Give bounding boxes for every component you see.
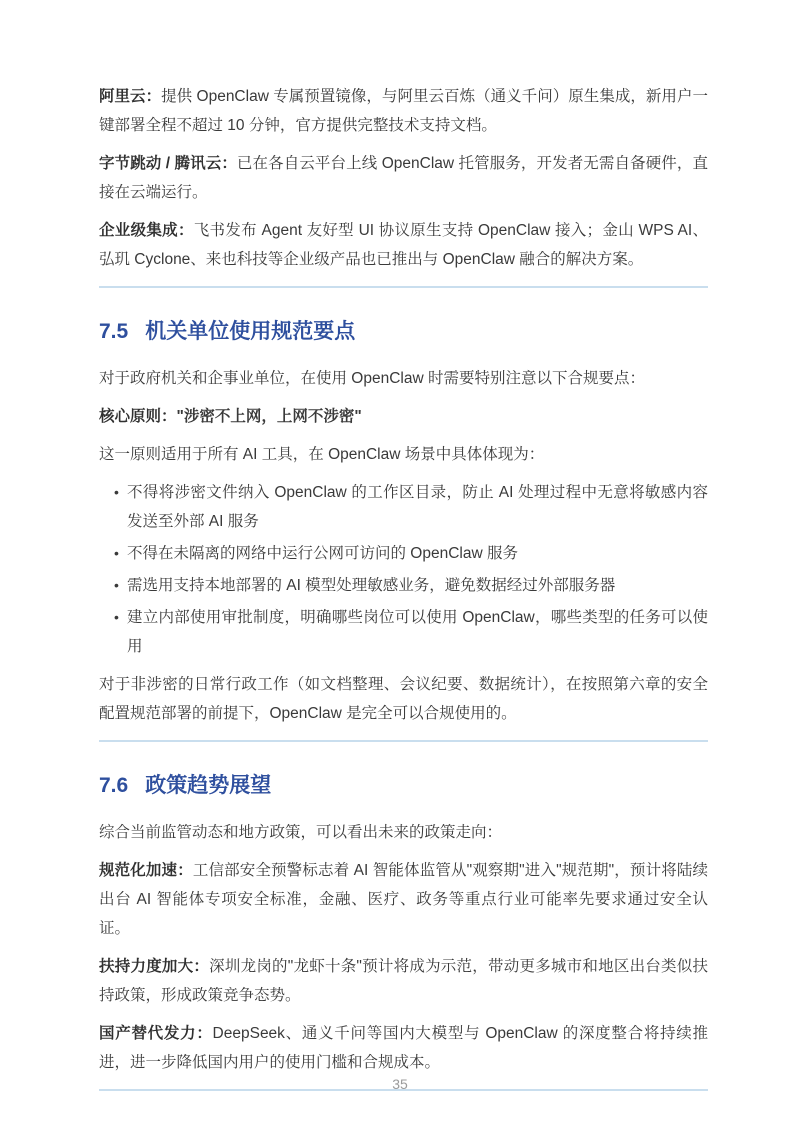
paragraph-trend-domestic: 国产替代发力：DeepSeek、通义千问等国内大模型与 OpenClaw 的深度… xyxy=(99,1019,708,1077)
section-divider xyxy=(99,286,708,288)
bullet-text: 需选用支持本地部署的 AI 模型处理敏感业务，避免数据经过外部服务器 xyxy=(127,577,615,594)
bullet-text: 不得将涉密文件纳入 OpenClaw 的工作区目录，防止 AI 处理过程中无意将… xyxy=(127,484,708,530)
list-item: 不得在未隔离的网络中运行公网可访问的 OpenClaw 服务 xyxy=(114,539,708,568)
compliance-bullet-list: 不得将涉密文件纳入 OpenClaw 的工作区目录，防止 AI 处理过程中无意将… xyxy=(99,478,708,661)
bullet-text: 建立内部使用审批制度，明确哪些岗位可以使用 OpenClaw，哪些类型的任务可以… xyxy=(127,609,708,655)
paragraph-76-intro: 综合当前监管动态和地方政策，可以看出未来的政策走向： xyxy=(99,818,708,847)
bullet-text: 不得在未隔离的网络中运行公网可访问的 OpenClaw 服务 xyxy=(127,545,518,562)
paragraph-core-principle: 核心原则："涉密不上网，上网不涉密" xyxy=(99,402,708,431)
paragraph-bytedance-tencent: 字节跳动 / 腾讯云：已在各自云平台上线 OpenClaw 托管服务，开发者无需… xyxy=(99,149,708,207)
paragraph-enterprise-integration-label: 企业级集成： xyxy=(99,222,194,239)
core-principle-label: 核心原则： xyxy=(99,408,177,425)
section-heading-7-5: 7.5机关单位使用规范要点 xyxy=(99,319,708,345)
section-title-7-5: 机关单位使用规范要点 xyxy=(145,320,355,343)
section-title-7-6: 政策趋势展望 xyxy=(145,774,271,797)
trend-support-label: 扶持力度加大： xyxy=(99,958,209,975)
section-heading-7-6: 7.6政策趋势展望 xyxy=(99,773,708,799)
list-item: 需选用支持本地部署的 AI 模型处理敏感业务，避免数据经过外部服务器 xyxy=(114,571,708,600)
paragraph-trend-support: 扶持力度加大：深圳龙岗的"龙虾十条"预计将成为示范，带动更多城市和地区出台类似扶… xyxy=(99,952,708,1010)
core-principle-quote: "涉密不上网，上网不涉密" xyxy=(177,408,362,425)
trend-standardization-label: 规范化加速： xyxy=(99,862,193,879)
paragraph-principle-applies: 这一原则适用于所有 AI 工具，在 OpenClaw 场景中具体体现为： xyxy=(99,440,708,469)
section-divider xyxy=(99,740,708,742)
paragraph-aliyun-text: 提供 OpenClaw 专属预置镜像，与阿里云百炼（通义千问）原生集成，新用户一… xyxy=(99,88,708,134)
paragraph-bytedance-tencent-label: 字节跳动 / 腾讯云： xyxy=(99,155,237,172)
trend-domestic-label: 国产替代发力： xyxy=(99,1025,213,1042)
paragraph-trend-standardization: 规范化加速：工信部安全预警标志着 AI 智能体监管从"观察期"进入"规范期"，预… xyxy=(99,856,708,943)
paragraph-aliyun: 阿里云：提供 OpenClaw 专属预置镜像，与阿里云百炼（通义千问）原生集成，… xyxy=(99,82,708,140)
paragraph-75-intro: 对于政府机关和企事业单位，在使用 OpenClaw 时需要特别注意以下合规要点： xyxy=(99,364,708,393)
paragraph-enterprise-integration: 企业级集成：飞书发布 Agent 友好型 UI 协议原生支持 OpenClaw … xyxy=(99,216,708,274)
list-item: 不得将涉密文件纳入 OpenClaw 的工作区目录，防止 AI 处理过程中无意将… xyxy=(114,478,708,536)
section-number-7-5: 7.5 xyxy=(99,319,128,345)
section-number-7-6: 7.6 xyxy=(99,773,128,799)
paragraph-aliyun-label: 阿里云： xyxy=(99,88,161,105)
list-item: 建立内部使用审批制度，明确哪些岗位可以使用 OpenClaw，哪些类型的任务可以… xyxy=(114,603,708,661)
document-page: 阿里云：提供 OpenClaw 专属预置镜像，与阿里云百炼（通义千问）原生集成，… xyxy=(0,0,800,1131)
paragraph-75-closing: 对于非涉密的日常行政工作（如文档整理、会议纪要、数据统计），在按照第六章的安全配… xyxy=(99,670,708,728)
page-number: 35 xyxy=(0,1076,800,1092)
